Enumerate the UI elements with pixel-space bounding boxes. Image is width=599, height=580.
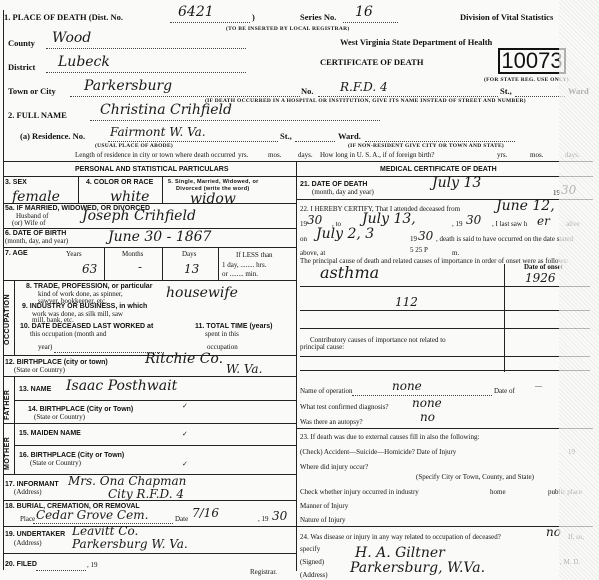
undertaker-label: 19. UNDERTAKER: [5, 531, 65, 538]
specify-label: specify: [300, 545, 320, 553]
informant-address: City R.F.D. 4: [108, 487, 184, 501]
race-label: 4. COLOR OR RACE: [86, 179, 153, 186]
mother-birthplace-check: ✓: [182, 460, 188, 468]
attended-from-year: 30: [307, 213, 322, 227]
age-months: -: [138, 260, 142, 274]
attended-to-year: 30: [466, 213, 481, 227]
residence-value: Fairmont W. Va.: [110, 125, 206, 139]
external-causes-label: 23. If death was due to external causes …: [300, 433, 479, 441]
town-label: Town or City: [8, 86, 56, 96]
trade-value: housewife: [166, 285, 238, 301]
place-of-death-label: 1. PLACE OF DEATH (Dist. No.: [4, 12, 123, 22]
town-value: Parkersburg: [84, 78, 172, 94]
father-name-value: Isaac Posthwait: [66, 378, 177, 394]
father-name-label: 13. NAME: [19, 386, 51, 393]
last-saw-pronoun: er: [537, 214, 550, 228]
time-of-death: 5 25 P: [410, 246, 428, 254]
marital-label: 5. Single, Married, Widowed, or: [168, 179, 259, 185]
dod-value: July 13: [432, 175, 481, 191]
residence-label: (a) Residence. No.: [20, 131, 85, 141]
birthplace-state: W. Va.: [226, 362, 262, 376]
age-label: 7. AGE: [5, 250, 28, 257]
full-name-label: 2. FULL NAME: [8, 110, 67, 120]
signed-label: (Signed): [300, 558, 324, 566]
state-registration-number: 10073: [498, 48, 566, 74]
test-label: What test confirmed diagnosis?: [300, 403, 388, 411]
hospital-note: (IF DEATH OCCURRED IN A HOSPITAL OR INST…: [205, 98, 526, 104]
county-label: County: [8, 38, 35, 48]
age-years: 63: [82, 262, 97, 276]
father-birthplace-label: 14. BIRTHPLACE (City or Town): [28, 406, 133, 413]
age-days: 13: [184, 262, 199, 276]
length-residence-label: Length of residence in city or town wher…: [75, 151, 235, 159]
residence-ward-label: Ward.: [338, 131, 361, 141]
where-injury-note: (Specify City or Town, County, and State…: [416, 473, 534, 481]
sex-label: 3. SEX: [5, 179, 27, 186]
death-certificate: 1. PLACE OF DEATH (Dist. No. 6421 ) (TO …: [0, 0, 599, 580]
manner-injury-label: Manner of Injury: [300, 502, 348, 510]
onset-label: Date of onset: [524, 263, 563, 271]
district-value: Lubeck: [58, 54, 110, 70]
state-reg-note: (FOR STATE REG. USE ONLY): [484, 77, 569, 83]
registrar-label: Registrar.: [250, 568, 277, 576]
occupation-tag: OCCUPATION: [4, 294, 11, 345]
operation-value: none: [392, 379, 422, 393]
occupation-related-label: 24. Was disease or injury in any way rel…: [300, 533, 501, 541]
operation-label: Name of operation: [300, 387, 352, 395]
county-value: Wood: [52, 30, 91, 46]
usa-label: How long in U. S. A., if of foreign birt…: [320, 151, 435, 159]
inserted-note: (TO BE INSERTED BY LOCAL REGISTRAR): [226, 26, 350, 32]
address-value: Parkersburg, W.Va.: [350, 560, 485, 576]
nonresident-note: (IF NON-RESIDENT GIVE CITY OR TOWN AND S…: [348, 143, 504, 149]
informant-value: Mrs. Ona Chapman: [68, 474, 186, 488]
district-label: District: [8, 62, 35, 72]
medical-section-title: MEDICAL CERTIFICATE OF DEATH: [380, 166, 497, 173]
dod-label: 21. DATE OF DEATH: [300, 181, 367, 188]
personal-section-title: PERSONAL AND STATISTICAL PARTICULARS: [75, 166, 228, 173]
series-number: 16: [355, 4, 373, 20]
operation-date-value: —: [535, 382, 542, 390]
scan-noise: [559, 0, 599, 580]
series-label: Series No.: [300, 12, 336, 22]
filed-label: 20. FILED: [5, 561, 37, 568]
trade-label: 8. TRADE, PROFESSION, or particular: [26, 283, 152, 290]
abode-note: (USUAL PLACE OF ABODE): [95, 143, 173, 149]
burial-year-value: 30: [272, 509, 287, 523]
mother-birthplace-label: 16. BIRTHPLACE (City or Town): [19, 452, 124, 459]
certificate-title: CERTIFICATE OF DEATH: [320, 57, 423, 67]
mother-maiden-label: 15. MAIDEN NAME: [19, 430, 81, 437]
undertaker-value: Leavitt Co.: [72, 524, 138, 538]
attended-to: July 13,: [362, 211, 416, 227]
dob-value: June 30 - 1867: [108, 229, 211, 245]
mother-maiden-check: ✓: [182, 430, 188, 438]
attended-from: June 12,: [496, 198, 555, 214]
industry-check-label: Check whether injury occurred in industr…: [300, 488, 419, 496]
birthplace-label: 12. BIRTHPLACE (city or town): [5, 359, 108, 366]
address-label: (Address): [300, 571, 328, 579]
last-saw-year: 30: [418, 229, 433, 243]
check-manner-label: (Check) Accident—Suicide—Homicide? Date …: [300, 448, 456, 456]
cause-1: asthma: [320, 263, 379, 282]
informant-label: 17. INFORMANT: [5, 481, 59, 488]
mother-tag: MOTHER: [4, 437, 11, 470]
nature-injury-label: Nature of Injury: [300, 516, 345, 524]
burial-place-value: Cedar Grove Cem.: [36, 508, 148, 522]
autopsy-value: no: [420, 410, 435, 424]
full-name-value: Christina Crihfield: [100, 102, 232, 118]
undertaker-address: Parkersburg W. Va.: [72, 537, 188, 551]
burial-date-value: 7/16: [192, 506, 219, 520]
street-no-label: No.: [301, 86, 314, 96]
division-title: Division of Vital Statistics: [460, 12, 553, 22]
father-tag: FATHER: [4, 390, 11, 420]
total-time-label: 11. TOTAL TIME (years): [195, 323, 272, 330]
district-number: 6421: [178, 4, 214, 20]
industry-label: 9. INDUSTRY OR BUSINESS, in which: [22, 303, 147, 310]
marital-value: widow: [190, 191, 236, 207]
residence-street-label: St.,: [280, 131, 292, 141]
department-title: West Virginia State Department of Health: [340, 37, 492, 47]
last-worked-label: 10. DATE DECEASED LAST WORKED at: [20, 323, 153, 330]
test-value: none: [412, 396, 442, 410]
last-saw-date: July 2, 3: [316, 226, 374, 242]
street-no-value: R.F.D. 4: [340, 80, 388, 94]
street-label: St.,: [500, 86, 512, 96]
father-birthplace-check: ✓: [182, 402, 188, 410]
signed-value: H. A. Giltner: [355, 545, 445, 561]
onset-1: 1926: [525, 271, 556, 285]
dob-label: 6. DATE OF BIRTH: [5, 230, 66, 237]
where-injury-label: Where did injury occur?: [300, 463, 368, 471]
birthplace-value: Ritchie Co.: [145, 351, 223, 367]
autopsy-label: Was there an autopsy?: [300, 418, 363, 426]
cause-2: 112: [395, 295, 418, 309]
spouse-value: Joseph Crihfield: [82, 208, 196, 224]
